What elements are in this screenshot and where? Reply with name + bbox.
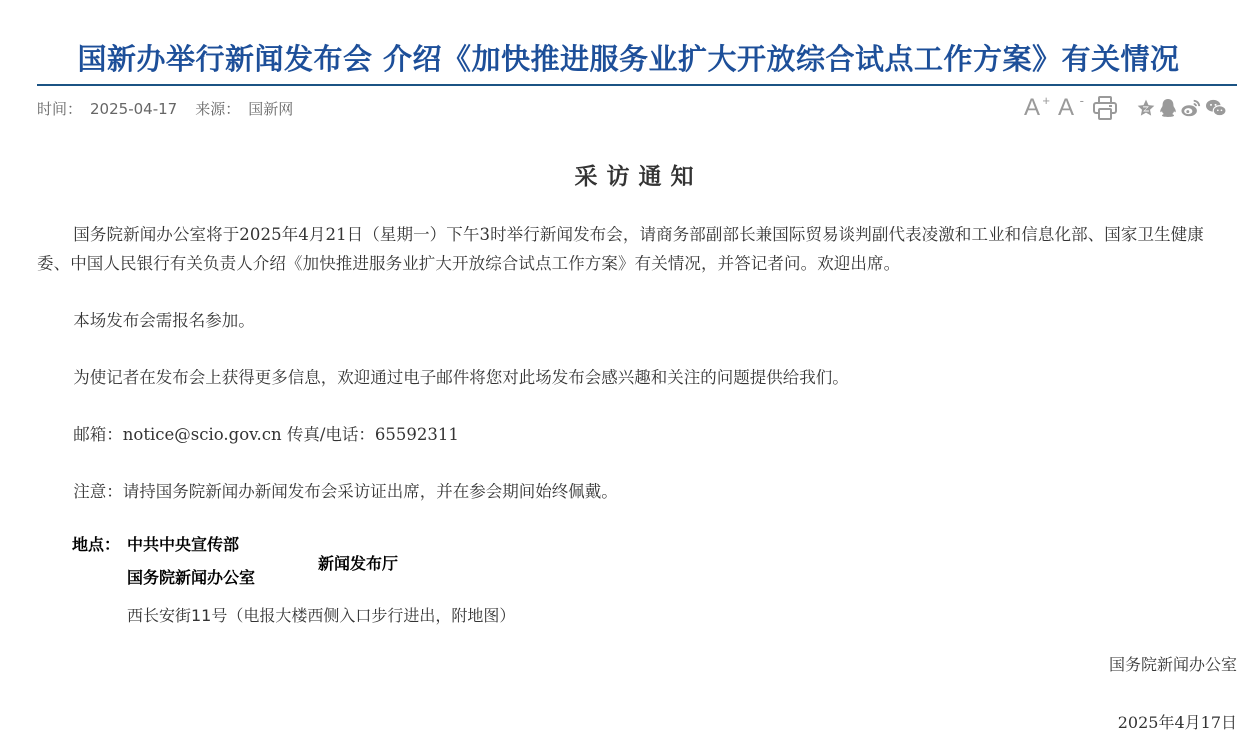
share-buttons [1136,98,1227,118]
signature-date: 2025年4月17日 [1118,710,1237,733]
font-decrease-icon: A [1058,96,1074,120]
location-label: 地点： [72,532,120,555]
article-title: 国新办举行新闻发布会 介绍《加快推进服务业扩大开放综合试点工作方案》有关情况 [0,37,1257,78]
source-value: 国新网 [248,100,293,118]
paragraph-note: 注意：请持国务院新闻办新闻发布会采访证出席，并在参会期间始终佩戴。 [37,477,1237,506]
source-label: 来源： [195,100,240,118]
font-decrease-button[interactable]: A- [1058,96,1082,120]
share-weibo-button[interactable] [1180,98,1202,118]
notice-heading: 采访通知 [0,158,1257,191]
share-qzone-button[interactable] [1136,98,1156,118]
paragraph-registration: 本场发布会需报名参加。 [37,306,1237,335]
notice-body: 国务院新闻办公室将于2025年4月21日（星期一）下午3时举行新闻发布会，请商务… [37,220,1237,506]
location-hall: 新闻发布厅 [318,551,398,574]
wechat-icon [1205,98,1227,118]
time-label: 时间： [37,100,82,118]
paragraph-announcement: 国务院新闻办公室将于2025年4月21日（星期一）下午3时举行新闻发布会，请商务… [37,220,1237,278]
publish-date: 2025-04-17 [90,100,177,118]
article-meta: 时间：2025-04-17来源：国新网 [37,98,301,119]
article-toolbar: A+ A- [1024,94,1227,122]
share-qq-button[interactable] [1159,98,1177,118]
weibo-icon [1180,98,1202,118]
location-org-line2: 国务院新闻办公室 [127,565,255,588]
location-org-line1: 中共中央宣传部 [127,532,239,555]
qzone-icon [1136,98,1156,118]
font-increase-icon: A [1024,96,1040,120]
qq-icon [1159,98,1177,118]
print-button[interactable] [1092,95,1118,121]
location-address: 西长安街11号（电报大楼西侧入口步行进出，附地图） [127,603,515,626]
printer-icon [1092,95,1118,121]
share-wechat-button[interactable] [1205,98,1227,118]
paragraph-contact: 邮箱：notice@scio.gov.cn 传真/电话：65592311 [37,420,1237,449]
title-divider [37,84,1237,86]
signature-org: 国务院新闻办公室 [1109,652,1237,675]
font-increase-button[interactable]: A+ [1024,96,1048,120]
paragraph-questions: 为使记者在发布会上获得更多信息，欢迎通过电子邮件将您对此场发布会感兴趣和关注的问… [37,363,1237,392]
